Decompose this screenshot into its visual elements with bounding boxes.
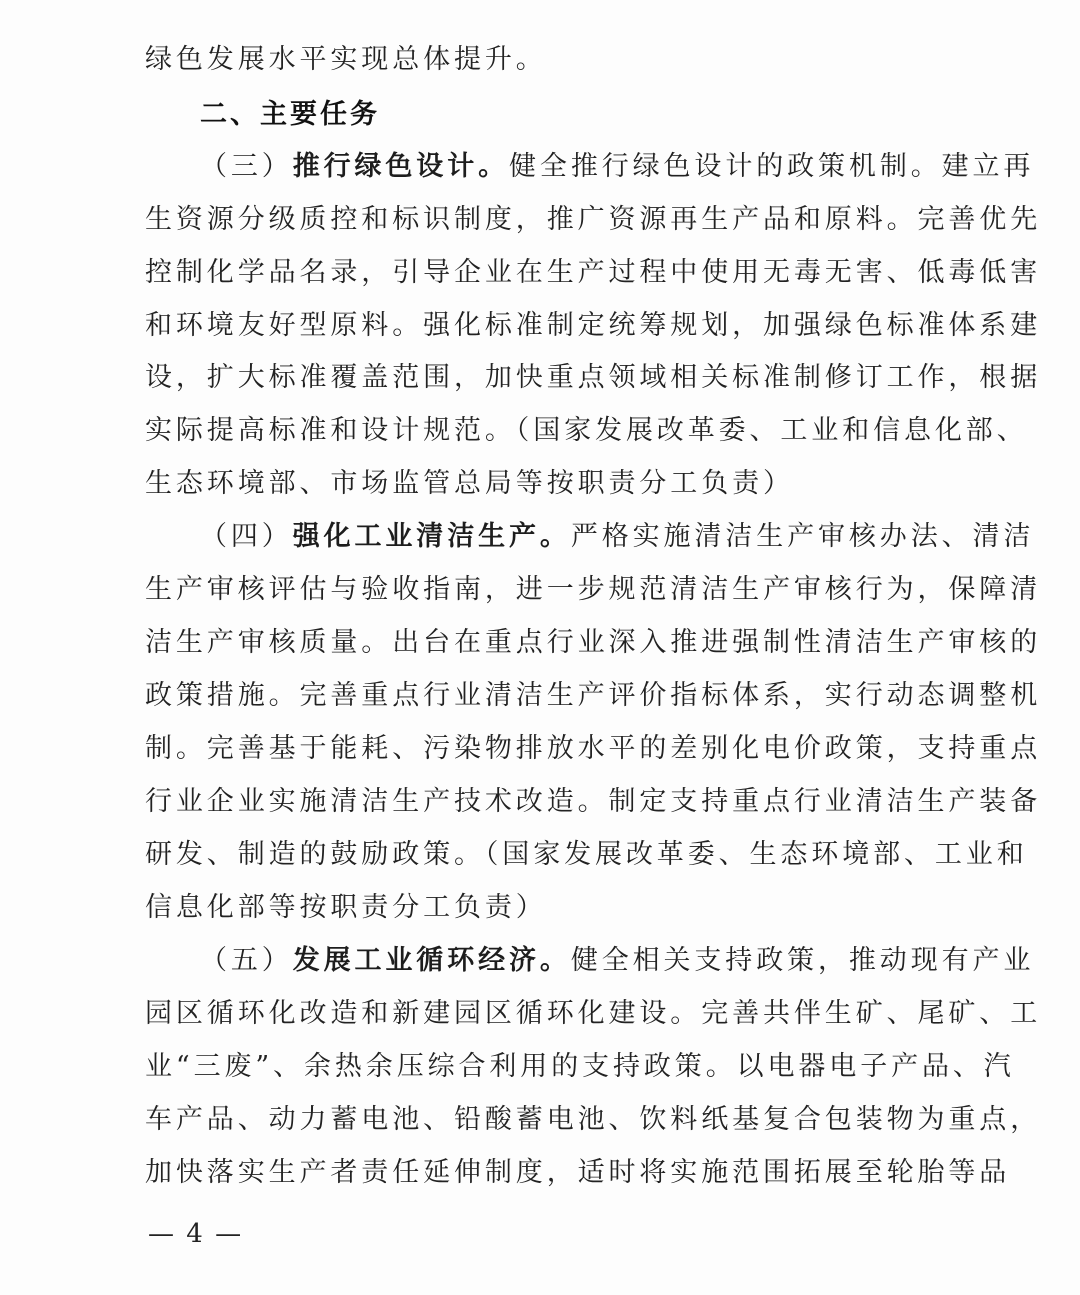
paragraph-3-line-4: 和环境友好型原料。强化标准制定统筹规划，加强绿色标准体系建 xyxy=(145,306,935,346)
paragraph-3-line-3: 控制化学品名录，引导企业在生产过程中使用无毒无害、低毒低害 xyxy=(145,253,935,293)
paragraph-4-line-6: 行业企业实施清洁生产技术改造。制定支持重点行业清洁生产装备 xyxy=(145,782,935,822)
paragraph-4-line-3: 洁生产审核质量。出台在重点行业深入推进强制性清洁生产审核的 xyxy=(145,623,935,663)
paragraph-3-line-5: 设，扩大标准覆盖范围，加快重点领域相关标准制修订工作，根据 xyxy=(145,358,935,398)
paragraph-4-line-8: 信息化部等按职责分工负责） xyxy=(145,888,935,928)
paragraph-4-text: 严格实施清洁生产审核办法、清洁 xyxy=(571,521,1035,552)
paragraph-3-line-1: （三）推行绿色设计。健全推行绿色设计的政策机制。建立再 xyxy=(200,147,935,187)
paragraph-3-line-2: 生资源分级质控和标识制度，推广资源再生产品和原料。完善优先 xyxy=(145,200,935,240)
paragraph-3-number: （三） xyxy=(200,151,293,182)
continuation-line: 绿色发展水平实现总体提升。 xyxy=(145,40,935,80)
paragraph-4-number: （四） xyxy=(200,521,293,552)
paragraph-4-line-5: 制。完善基于能耗、污染物排放水平的差别化电价政策，支持重点 xyxy=(145,729,935,769)
paragraph-4-line-4: 政策措施。完善重点行业清洁生产评价指标体系，实行动态调整机 xyxy=(145,676,935,716)
paragraph-4-line-1: （四）强化工业清洁生产。严格实施清洁生产审核办法、清洁 xyxy=(200,517,935,557)
paragraph-5-number: （五） xyxy=(200,945,293,976)
paragraph-5-line-3: 业“三废”、余热余压综合利用的支持政策。以电器电子产品、汽 xyxy=(145,1047,935,1087)
document-page: 绿色发展水平实现总体提升。 二、主要任务 （三）推行绿色设计。健全推行绿色设计的… xyxy=(0,0,1080,1295)
paragraph-3-line-6: 实际提高标准和设计规范。（国家发展改革委、工业和信息化部、 xyxy=(145,411,935,451)
paragraph-5-title: 发展工业循环经济。 xyxy=(293,945,571,976)
paragraph-3-line-7: 生态环境部、市场监管总局等按职责分工负责） xyxy=(145,464,935,504)
paragraph-3-text: 健全推行绿色设计的政策机制。建立再 xyxy=(509,151,1034,182)
paragraph-5-line-5: 加快落实生产者责任延伸制度，适时将实施范围拓展至轮胎等品 xyxy=(145,1153,935,1193)
paragraph-4-line-2: 生产审核评估与验收指南，进一步规范清洁生产审核行为，保障清 xyxy=(145,570,935,610)
section-heading: 二、主要任务 xyxy=(200,95,380,135)
page-number: — 4 — xyxy=(148,1216,243,1252)
paragraph-5-line-1: （五）发展工业循环经济。健全相关支持政策，推动现有产业 xyxy=(200,941,935,981)
paragraph-4-title: 强化工业清洁生产。 xyxy=(293,521,571,552)
paragraph-3-title: 推行绿色设计。 xyxy=(293,151,509,182)
paragraph-4-line-7: 研发、制造的鼓励政策。（国家发展改革委、生态环境部、工业和 xyxy=(145,835,935,875)
paragraph-5-line-4: 车产品、动力蓄电池、铅酸蓄电池、饮料纸基复合包装物为重点， xyxy=(145,1100,935,1140)
paragraph-5-text: 健全相关支持政策，推动现有产业 xyxy=(571,945,1035,976)
paragraph-5-line-2: 园区循环化改造和新建园区循环化建设。完善共伴生矿、尾矿、工 xyxy=(145,994,935,1034)
